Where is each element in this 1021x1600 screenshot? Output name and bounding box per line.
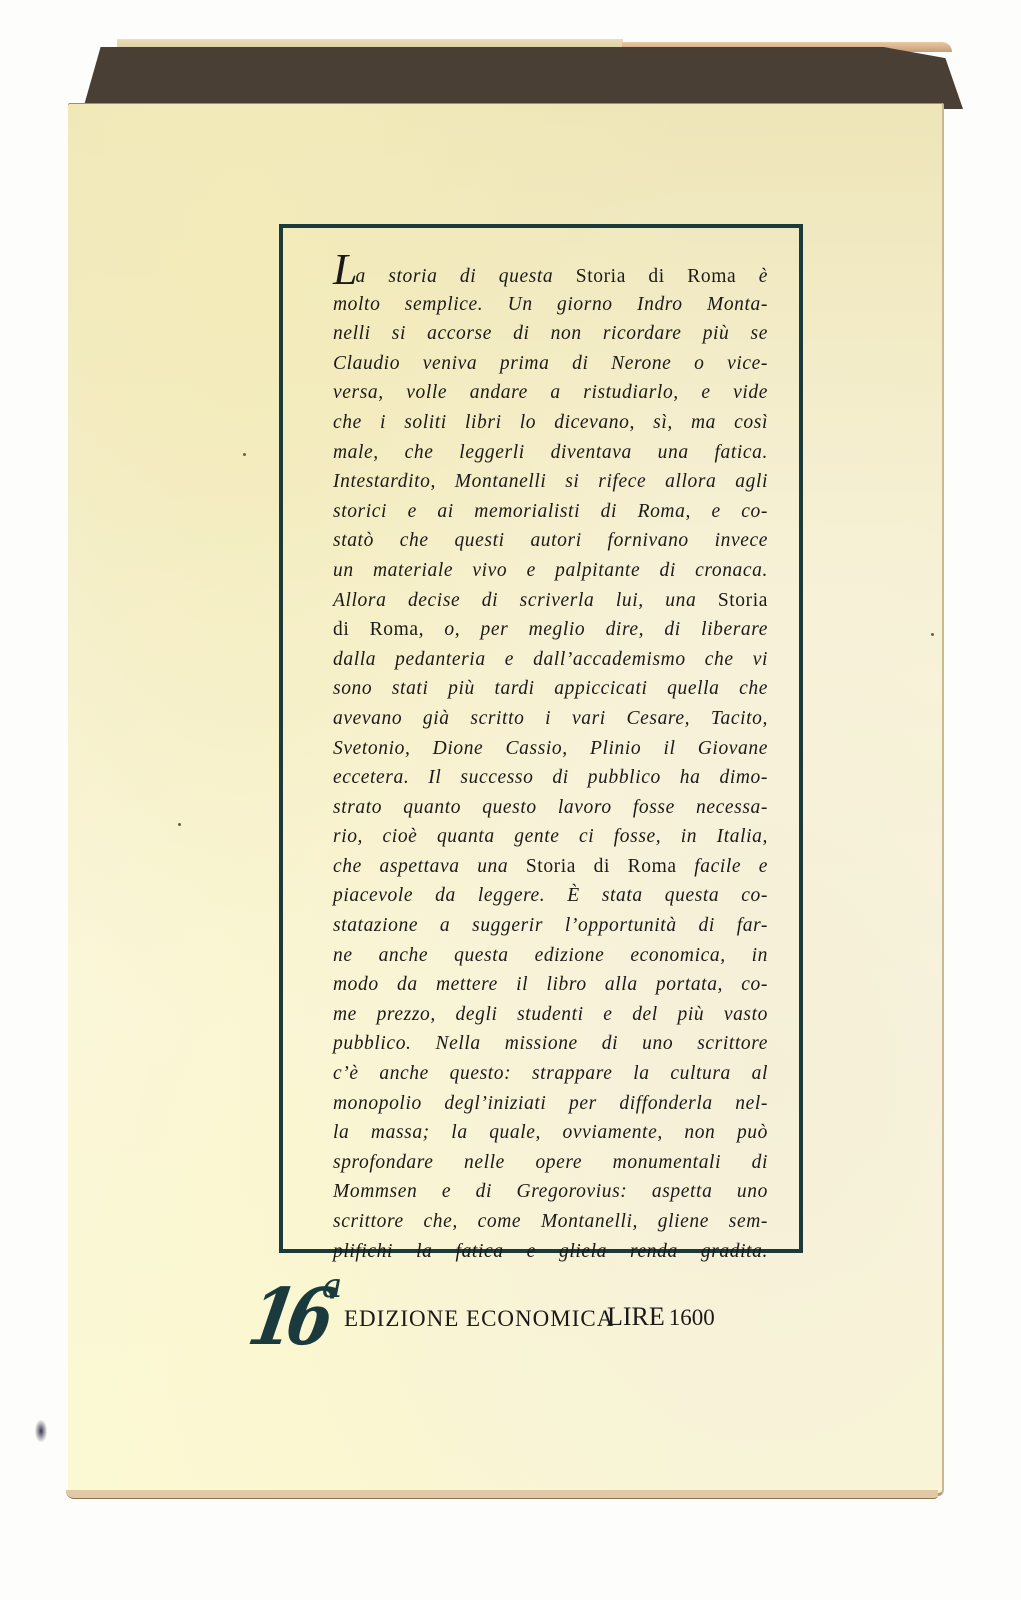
blurb-line: piacevole da leggere. È stata questa co- <box>333 881 768 911</box>
blurb-line: rio, cioè quanta gente ci fosse, in Ital… <box>333 822 768 852</box>
blurb-fragment: scrittore che, come Montanelli, gliene s… <box>333 1211 768 1232</box>
blurb-line: monopolio degl’iniziati per diffonderla … <box>333 1089 768 1119</box>
blurb-fragment: me prezzo, degli studenti e del più vast… <box>333 1004 768 1025</box>
blurb-line: pubblico. Nella missione di uno scrittor… <box>333 1029 768 1059</box>
edition-label: EDIZIONE ECONOMICA <box>344 1306 614 1332</box>
drop-cap: L <box>333 245 357 294</box>
blurb-text: La storia di questa Storia di Roma èmolt… <box>333 250 768 1266</box>
blurb-fragment: versa, volle andare a ristudiarlo, e vid… <box>333 382 768 403</box>
blurb-line: Svetonio, Dione Cassio, Plinio il Giovan… <box>333 734 768 764</box>
blurb-line: storici e ai memorialisti di Roma, e co- <box>333 497 768 527</box>
blurb-fragment: modo da mettere il libro alla portata, c… <box>333 974 768 995</box>
blurb-fragment: monopolio degl’iniziati per diffonderla … <box>333 1093 768 1114</box>
paper-speck <box>243 453 246 456</box>
blurb-line: un materiale vivo e palpitante di cronac… <box>333 556 768 586</box>
blurb-line: La storia di questa Storia di Roma è <box>333 260 768 290</box>
book-page-block-top <box>83 47 963 109</box>
blurb-line: Intestardito, Montanelli si rifece allor… <box>333 467 768 497</box>
blurb-fragment: Allora decise di scriverla lui, una <box>333 590 718 611</box>
book-title-text: Storia di Roma <box>526 856 677 877</box>
blurb-line: male, che leggerli diventava una fatica. <box>333 438 768 468</box>
blurb-fragment: Svetonio, Dione Cassio, Plinio il Giovan… <box>333 738 768 759</box>
blurb-fragment: sono stati più tardi appiccicati quella … <box>333 678 768 699</box>
blurb-line: scrittore che, come Montanelli, gliene s… <box>333 1207 768 1237</box>
blurb-line: che i soliti libri lo dicevano, sì, ma c… <box>333 408 768 438</box>
book-bottom-edge <box>66 1490 938 1499</box>
book-title-text: Storia di Roma <box>576 266 737 287</box>
ink-smudge <box>35 1420 47 1442</box>
paper-speck <box>931 633 934 636</box>
blurb-fragment: che i soliti libri lo dicevano, sì, ma c… <box>333 412 768 433</box>
blurb-line: nelli si accorse di non ricordare più se <box>333 319 768 349</box>
blurb-line: Allora decise di scriverla lui, una Stor… <box>333 586 768 616</box>
blurb-line: ne anche questa edizione economica, in <box>333 941 768 971</box>
blurb-fragment: è <box>736 266 768 287</box>
blurb-line: sprofondare nelle opere monumentali di <box>333 1148 768 1178</box>
blurb-fragment: che aspettava una <box>333 856 526 877</box>
blurb-line: molto semplice. Un giorno Indro Monta- <box>333 290 768 320</box>
blurb-fragment: avevano già scritto i vari Cesare, Tacit… <box>333 708 768 729</box>
blurb-fragment: la massa; la quale, ovviamente, non può <box>333 1122 768 1143</box>
blurb-fragment: eccetera. Il successo di pubblico ha dim… <box>333 767 768 788</box>
blurb-fragment: a storia di questa <box>355 266 575 287</box>
blurb-line: statò che questi autori fornivano invece <box>333 526 768 556</box>
blurb-line: Mommsen e di Gregorovius: aspetta uno <box>333 1177 768 1207</box>
blurb-line: versa, volle andare a ristudiarlo, e vid… <box>333 378 768 408</box>
blurb-fragment: dalla pedanteria e dall’accademismo che … <box>333 649 768 670</box>
blurb-fragment: Claudio veniva prima di Nerone o vice- <box>333 353 768 374</box>
blurb-fragment: facile e <box>677 856 768 877</box>
blurb-fragment: rio, cioè quanta gente ci fosse, in Ital… <box>333 826 768 847</box>
blurb-line: statazione a suggerir l’opportunità di f… <box>333 911 768 941</box>
blurb-fragment: nelli si accorse di non ricordare più se <box>333 323 768 344</box>
blurb-fragment: plifichi la fatica e gliela renda gradit… <box>333 1241 768 1262</box>
blurb-fragment: c’è anche questo: strappare la cultura a… <box>333 1063 768 1084</box>
blurb-line: avevano già scritto i vari Cesare, Tacit… <box>333 704 768 734</box>
blurb-line: dalla pedanteria e dall’accademismo che … <box>333 645 768 675</box>
blurb-fragment: strato quanto questo lavoro fosse necess… <box>333 797 768 818</box>
blurb-fragment: , o, per meglio dire, di liberare <box>419 619 768 640</box>
blurb-frame: La storia di questa Storia di Roma èmolt… <box>279 224 803 1253</box>
blurb-fragment: sprofondare nelle opere monumentali di <box>333 1152 768 1173</box>
blurb-fragment: storici e ai memorialisti di Roma, e co- <box>333 501 768 522</box>
blurb-fragment: statazione a suggerir l’opportunità di f… <box>333 915 768 936</box>
blurb-fragment: molto semplice. Un giorno Indro Monta- <box>333 294 768 315</box>
blurb-fragment: Intestardito, Montanelli si rifece allor… <box>333 471 768 492</box>
blurb-line: di Roma, o, per meglio dire, di liberare <box>333 615 768 645</box>
edition-line: 16 a EDIZIONE ECONOMICA LIRE1600 <box>258 1262 818 1372</box>
blurb-line: strato quanto questo lavoro fosse necess… <box>333 793 768 823</box>
price-currency: LIRE <box>607 1302 665 1331</box>
edition-price: LIRE1600 <box>607 1302 715 1332</box>
paper-speck <box>178 823 181 826</box>
blurb-line: eccetera. Il successo di pubblico ha dim… <box>333 763 768 793</box>
blurb-fragment: ne anche questa edizione economica, in <box>333 945 768 966</box>
edition-ordinal-superscript: a <box>322 1266 342 1306</box>
blurb-line: me prezzo, degli studenti e del più vast… <box>333 1000 768 1030</box>
blurb-line: modo da mettere il libro alla portata, c… <box>333 970 768 1000</box>
blurb-line: Claudio veniva prima di Nerone o vice- <box>333 349 768 379</box>
blurb-fragment: male, che leggerli diventava una fatica. <box>333 442 768 463</box>
blurb-fragment: un materiale vivo e palpitante di cronac… <box>333 560 768 581</box>
book-title-text: Storia <box>718 590 768 611</box>
book-title-text: di Roma <box>333 619 419 640</box>
blurb-line: c’è anche questo: strappare la cultura a… <box>333 1059 768 1089</box>
edition-number: 16 <box>242 1272 333 1363</box>
blurb-fragment: pubblico. Nella missione di uno scrittor… <box>333 1033 768 1054</box>
blurb-fragment: piacevole da leggere. È stata questa co- <box>333 885 768 906</box>
blurb-fragment: statò che questi autori fornivano invece <box>333 530 768 551</box>
blurb-line: la massa; la quale, ovviamente, non può <box>333 1118 768 1148</box>
blurb-line: che aspettava una Storia di Roma facile … <box>333 852 768 882</box>
blurb-line: sono stati più tardi appiccicati quella … <box>333 674 768 704</box>
price-value: 1600 <box>669 1305 715 1330</box>
blurb-fragment: Mommsen e di Gregorovius: aspetta uno <box>333 1181 768 1202</box>
